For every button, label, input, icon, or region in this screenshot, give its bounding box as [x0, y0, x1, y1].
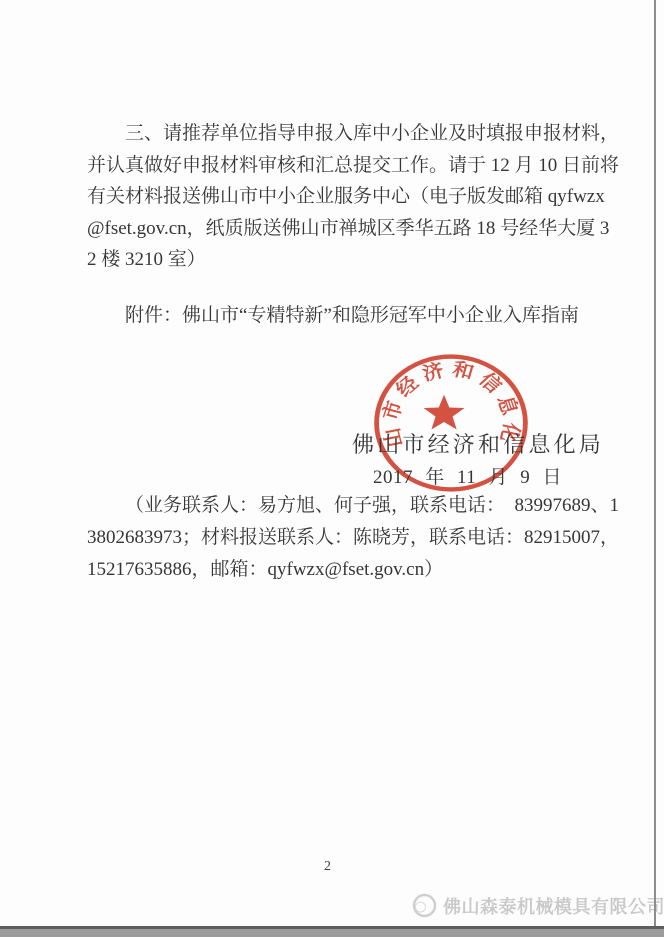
company-logo-icon — [411, 892, 438, 919]
agency-signature: 佛山市经济和信息化局 — [352, 432, 604, 458]
paragraph-line: 并认真做好申报材料审核和汇总提交工作。请于 12 月 10 日前将 — [87, 150, 577, 182]
paragraph-line: 三、请推荐单位指导申报入库中小企业及时填报申报材料， — [87, 118, 577, 150]
page-number: 2 — [0, 859, 655, 875]
paragraph-line: @fset.gov.cn，纸质版送佛山市禅城区季华五路 18 号经华大厦 3 — [87, 213, 577, 245]
attachment-line: 附件：佛山市“专精特新”和隐形冠军中小企业入库指南 — [87, 300, 617, 331]
contact-paragraph: （业务联系人：易方旭、何子强，联系电话： 83997689、1 38026839… — [87, 490, 627, 586]
viewport-bottom-bar — [0, 926, 664, 937]
paragraph-line: 2 楼 3210 室） — [87, 244, 577, 276]
viewport-right-border — [654, 0, 656, 937]
paragraph-line: 有关材料报送佛山市中小企业服务中心（电子版发邮箱 qyfwzx — [87, 181, 577, 213]
contact-line: （业务联系人：易方旭、何子强，联系电话： 83997689、1 — [87, 490, 627, 522]
contact-line: 3802683973；材料报送联系人：陈晓芳，联系电话：82915007， — [87, 522, 627, 554]
company-watermark: 佛山森泰机械模具有限公司 — [411, 892, 664, 919]
document-page: 三、请推荐单位指导申报入库中小企业及时填报申报材料， 并认真做好申报材料审核和汇… — [0, 0, 664, 937]
company-watermark-text: 佛山森泰机械模具有限公司 — [443, 893, 664, 919]
seal-star-icon — [424, 395, 465, 430]
signature-date: 2017 年 11 月 9 日 — [373, 465, 562, 491]
contact-line: 15217635886，邮箱：qyfwzx@fset.gov.cn） — [87, 554, 627, 586]
body-paragraph: 三、请推荐单位指导申报入库中小企业及时填报申报材料， 并认真做好申报材料审核和汇… — [87, 118, 577, 276]
